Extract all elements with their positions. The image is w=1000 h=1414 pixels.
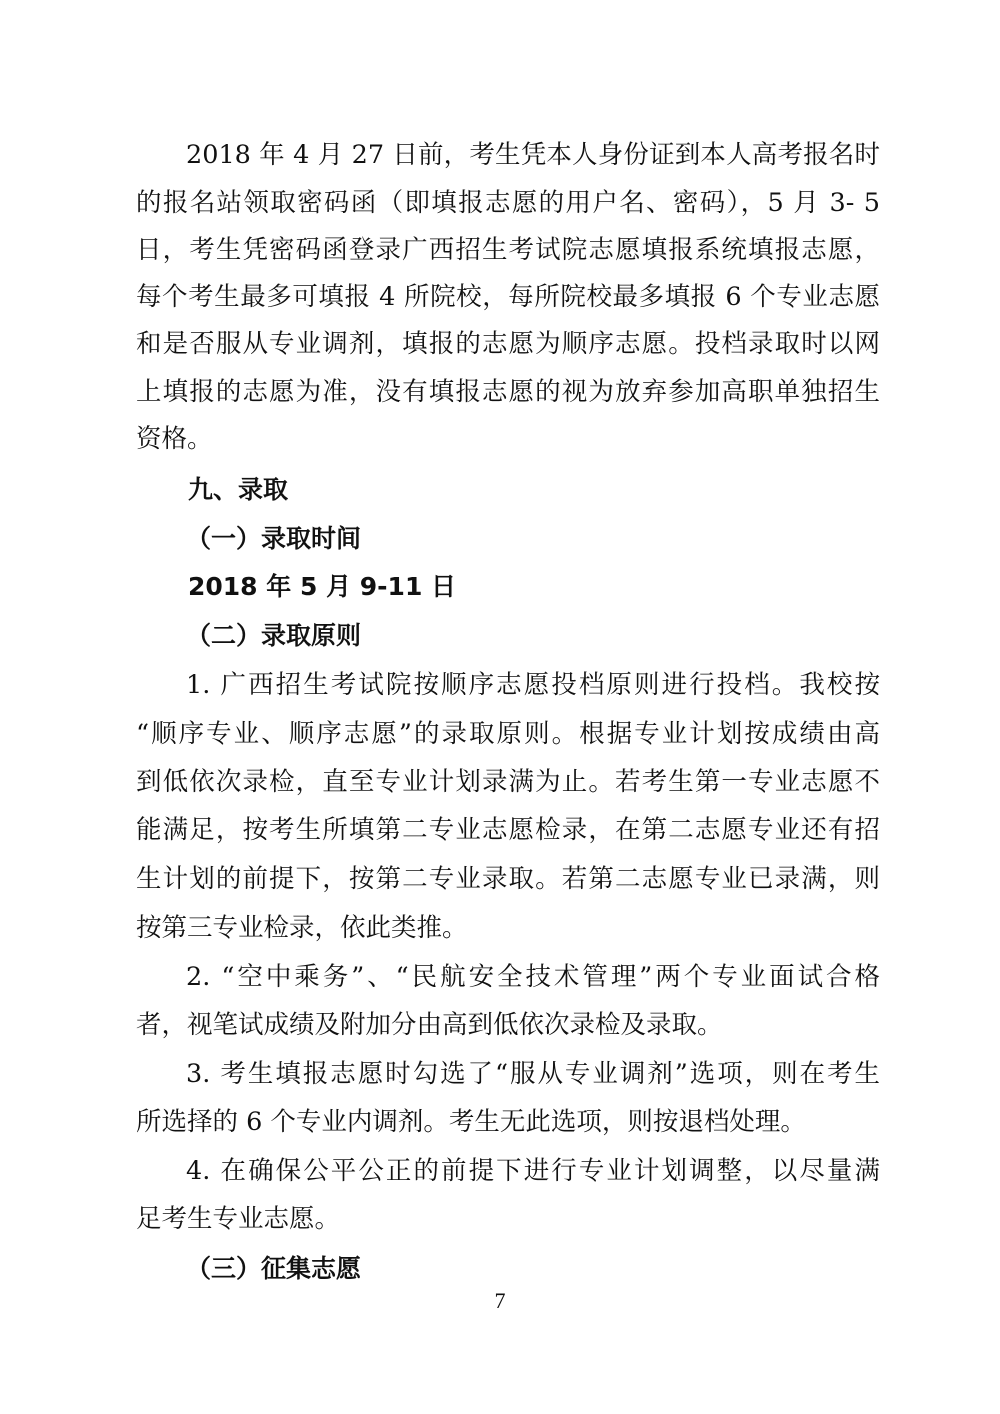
text-line: 1. 广西招生考试院按顺序志愿投档原则进行投档。我校按: [186, 665, 880, 705]
admission-date: 2018 年 5 月 9-11 日: [188, 567, 456, 607]
text-line: 的报名站领取密码函（即填报志愿的用户名、密码），5 月 3- 5: [136, 183, 880, 223]
text-line: 日，考生凭密码函登录广西招生考试院志愿填报系统填报志愿，: [136, 230, 880, 270]
text-line: 2. “空中乘务”、“民航安全技术管理”两个专业面试合格: [186, 957, 880, 997]
text-line: 和是否服从专业调剂，填报的志愿为顺序志愿。投档录取时以网: [136, 324, 880, 364]
text-line: 按第三专业检录，依此类推。: [136, 908, 880, 948]
text-line: 2018 年 4 月 27 日前，考生凭本人身份证到本人高考报名时: [186, 135, 880, 175]
section-heading-admission: 九、录取: [188, 470, 288, 510]
text-line: 3. 考生填报志愿时勾选了“服从专业调剂”选项，则在考生: [186, 1054, 880, 1094]
subsection-heading-supplementary-application: （三）征集志愿: [186, 1249, 361, 1289]
text-line: “顺序专业、顺序志愿”的录取原则。根据专业计划按成绩由高: [136, 714, 880, 754]
subsection-heading-admission-time: （一）录取时间: [186, 519, 361, 559]
text-line: 到低依次录检，直至专业计划录满为止。若考生第一专业志愿不: [136, 762, 880, 802]
subsection-heading-admission-principles: （二）录取原则: [186, 616, 361, 656]
text-line: 资格。: [136, 419, 880, 459]
text-line: 能满足，按考生所填第二专业志愿检录，在第二志愿专业还有招: [136, 810, 880, 850]
text-line: 每个考生最多可填报 4 所院校，每所院校最多填报 6 个专业志愿: [136, 277, 880, 317]
text-line: 足考生专业志愿。: [136, 1199, 880, 1239]
text-line: 者，视笔试成绩及附加分由高到低依次录检及录取。: [136, 1005, 880, 1045]
text-line: 上填报的志愿为准，没有填报志愿的视为放弃参加高职单独招生: [136, 372, 880, 412]
text-line: 4. 在确保公平公正的前提下进行专业计划调整，以尽量满: [186, 1151, 880, 1191]
text-line: 所选择的 6 个专业内调剂。考生无此选项，则按退档处理。: [136, 1102, 880, 1142]
text-line: 生计划的前提下，按第二专业录取。若第二志愿专业已录满，则: [136, 859, 880, 899]
page-number: 7: [0, 1286, 1000, 1316]
